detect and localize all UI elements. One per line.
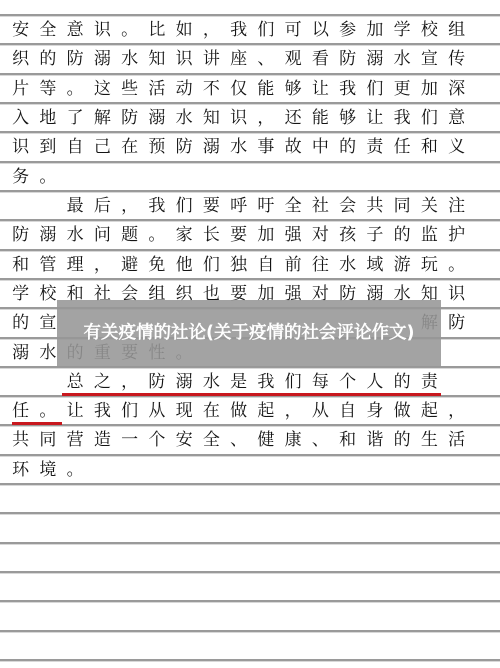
char-cell: 自 xyxy=(252,251,279,280)
char-cell: 故 xyxy=(280,133,307,162)
char-cell: 我 xyxy=(89,397,116,426)
text-row xyxy=(7,602,487,631)
text-row: 环境。 xyxy=(7,456,487,485)
char-cell: 、 xyxy=(307,426,334,455)
char-cell: 到 xyxy=(34,133,61,162)
char-cell: 全 xyxy=(280,192,307,221)
char-cell: ， xyxy=(89,251,116,280)
char-cell: 任 xyxy=(389,133,416,162)
char-cell: 义 xyxy=(443,133,470,162)
char-cell: 组 xyxy=(443,16,470,45)
char-cell: 能 xyxy=(252,75,279,104)
char-cell: 加 xyxy=(416,75,443,104)
char-cell: 全 xyxy=(34,16,61,45)
char-cell: 、 xyxy=(225,426,252,455)
char-cell: 造 xyxy=(89,426,116,455)
char-cell: 会 xyxy=(334,192,361,221)
red-underline xyxy=(62,393,441,396)
char-cell: 水 xyxy=(171,104,198,133)
char-cell: 起 xyxy=(252,397,279,426)
char-cell: 深 xyxy=(443,75,470,104)
char-cell: 的 xyxy=(34,45,61,74)
char-cell: 让 xyxy=(307,75,334,104)
char-cell: 玩 xyxy=(416,251,443,280)
char-cell: 防 xyxy=(116,104,143,133)
text-row: 安全意识。比如，我们可以参加学校组 xyxy=(7,16,487,45)
char-cell: 从 xyxy=(307,397,334,426)
char-cell: 还 xyxy=(280,104,307,133)
char-cell: 比 xyxy=(143,16,170,45)
char-cell: 我 xyxy=(334,75,361,104)
char-cell: 如 xyxy=(171,16,198,45)
char-cell: 独 xyxy=(225,251,252,280)
char-cell: 们 xyxy=(416,104,443,133)
char-cell: 自 xyxy=(62,133,89,162)
char-cell: 关 xyxy=(416,192,443,221)
char-cell: ， xyxy=(252,104,279,133)
text-row: 识到自己在预防溺水事故中的责任和义 xyxy=(7,133,487,162)
char-cell: 们 xyxy=(361,75,388,104)
char-cell: 现 xyxy=(171,397,198,426)
char-cell: 溺 xyxy=(361,45,388,74)
char-cell: 。 xyxy=(143,221,170,250)
char-cell: 共 xyxy=(361,192,388,221)
char-cell: 家 xyxy=(171,221,198,250)
char-cell: 共 xyxy=(7,426,34,455)
text-row: 片等。这些活动不仅能够让我们更加深 xyxy=(7,75,487,104)
char-cell: 够 xyxy=(334,104,361,133)
char-cell: 意 xyxy=(62,16,89,45)
char-cell: 的 xyxy=(7,309,34,338)
char-cell: 一 xyxy=(116,426,143,455)
text-row: 防溺水问题。家长要加强对孩子的监护 xyxy=(7,221,487,250)
char-cell: 传 xyxy=(443,45,470,74)
char-cell: 溺 xyxy=(34,221,61,250)
char-cell: 谐 xyxy=(361,426,388,455)
char-cell: 我 xyxy=(225,16,252,45)
char-cell: 对 xyxy=(307,221,334,250)
char-cell: 讲 xyxy=(198,45,225,74)
char-cell: 溺 xyxy=(7,339,34,368)
char-cell: 不 xyxy=(198,75,225,104)
char-cell: 务 xyxy=(7,163,34,192)
char-cell: 往 xyxy=(307,251,334,280)
char-cell: 入 xyxy=(7,104,34,133)
char-cell: 知 xyxy=(143,45,170,74)
char-cell: 己 xyxy=(89,133,116,162)
text-row xyxy=(7,514,487,543)
char-cell: 长 xyxy=(198,221,225,250)
char-cell: 免 xyxy=(143,251,170,280)
char-cell: 的 xyxy=(389,426,416,455)
char-cell: 们 xyxy=(198,251,225,280)
char-cell: 自 xyxy=(334,397,361,426)
char-cell: 安 xyxy=(171,426,198,455)
char-cell: 做 xyxy=(389,397,416,426)
char-cell: 我 xyxy=(389,104,416,133)
char-cell: 地 xyxy=(34,104,61,133)
char-cell: 些 xyxy=(116,75,143,104)
article-title[interactable]: 有关疫情的社论(关于疫情的社会评论作文) xyxy=(59,321,439,346)
char-cell: 最 xyxy=(62,192,89,221)
char-cell: 、 xyxy=(252,45,279,74)
char-cell: 学 xyxy=(7,280,34,309)
text-row xyxy=(7,485,487,514)
char-cell: 责 xyxy=(361,133,388,162)
char-cell: 他 xyxy=(171,251,198,280)
red-underline xyxy=(12,422,62,425)
char-cell: 强 xyxy=(280,221,307,250)
char-cell: 识 xyxy=(89,16,116,45)
char-cell: 呼 xyxy=(225,192,252,221)
char-cell: 们 xyxy=(252,16,279,45)
char-cell: 监 xyxy=(416,221,443,250)
char-cell: 吁 xyxy=(252,192,279,221)
char-cell: 要 xyxy=(198,192,225,221)
char-cell: 后 xyxy=(89,192,116,221)
char-cell: 防 xyxy=(7,221,34,250)
char-cell: 安 xyxy=(7,16,34,45)
char-cell: 以 xyxy=(307,16,334,45)
title-overlay-banner[interactable]: 有关疫情的社论(关于疫情的社会评论作文) xyxy=(57,300,441,367)
char-cell: 域 xyxy=(361,251,388,280)
text-row xyxy=(7,573,487,602)
text-row: 织的防溺水知识讲座、观看防溺水宣传 xyxy=(7,45,487,74)
char-cell: 事 xyxy=(252,133,279,162)
char-cell: 。 xyxy=(62,456,89,485)
char-cell: 注 xyxy=(443,192,470,221)
char-cell: 理 xyxy=(62,251,89,280)
char-cell: 溺 xyxy=(198,133,225,162)
text-row: 最后，我们要呼吁全社会共同关注 xyxy=(7,192,487,221)
char-cell: ， xyxy=(443,397,470,426)
char-cell: 能 xyxy=(307,104,334,133)
char-cell: 防 xyxy=(171,133,198,162)
char-cell: 座 xyxy=(225,45,252,74)
char-cell: 防 xyxy=(62,45,89,74)
char-cell: 水 xyxy=(225,133,252,162)
char-cell: 境 xyxy=(34,456,61,485)
char-cell: 全 xyxy=(198,426,225,455)
char-cell: 让 xyxy=(62,397,89,426)
char-cell: 子 xyxy=(361,221,388,250)
char-cell: 预 xyxy=(143,133,170,162)
char-cell: 水 xyxy=(389,45,416,74)
char-cell: 前 xyxy=(280,251,307,280)
char-cell: 加 xyxy=(361,16,388,45)
char-cell: 做 xyxy=(225,397,252,426)
char-cell: 们 xyxy=(171,192,198,221)
char-cell: 防 xyxy=(334,45,361,74)
char-cell: 了 xyxy=(62,104,89,133)
char-cell: 题 xyxy=(116,221,143,250)
char-cell: 康 xyxy=(280,426,307,455)
char-cell: 识 xyxy=(443,280,470,309)
char-cell: 片 xyxy=(7,75,34,104)
char-cell: 的 xyxy=(334,133,361,162)
char-cell: 。 xyxy=(34,163,61,192)
char-cell: 让 xyxy=(361,104,388,133)
char-cell: 和 xyxy=(7,251,34,280)
char-cell: 同 xyxy=(34,426,61,455)
char-cell: 防 xyxy=(443,309,470,338)
text-row: 务。 xyxy=(7,163,487,192)
char-cell: 管 xyxy=(34,251,61,280)
char-cell: 中 xyxy=(307,133,334,162)
char-cell: 生 xyxy=(416,426,443,455)
text-row: 共同营造一个安全、健康、和谐的生活 xyxy=(7,426,487,455)
char-cell: 校 xyxy=(416,16,443,45)
char-cell: 知 xyxy=(198,104,225,133)
text-row: 和管理，避免他们独自前往水域游玩。 xyxy=(7,251,487,280)
char-cell: 这 xyxy=(89,75,116,104)
char-cell: 够 xyxy=(280,75,307,104)
char-cell: 健 xyxy=(252,426,279,455)
char-cell: 在 xyxy=(116,133,143,162)
char-cell: 个 xyxy=(143,426,170,455)
char-cell: 孩 xyxy=(334,221,361,250)
char-cell: 溺 xyxy=(89,45,116,74)
char-cell: 解 xyxy=(89,104,116,133)
char-cell: 。 xyxy=(116,16,143,45)
char-cell: 们 xyxy=(116,397,143,426)
char-cell: 在 xyxy=(198,397,225,426)
char-cell: 游 xyxy=(389,251,416,280)
char-cell: 加 xyxy=(252,221,279,250)
char-cell: 要 xyxy=(225,221,252,250)
char-cell: 我 xyxy=(143,192,170,221)
char-cell: 起 xyxy=(416,397,443,426)
char-cell: 活 xyxy=(443,426,470,455)
char-cell: 护 xyxy=(443,221,470,250)
char-cell: 从 xyxy=(143,397,170,426)
char-cell: 社 xyxy=(307,192,334,221)
char-cell: 溺 xyxy=(143,104,170,133)
char-cell: 参 xyxy=(334,16,361,45)
char-cell: 身 xyxy=(361,397,388,426)
char-cell: 织 xyxy=(7,45,34,74)
char-cell: 仅 xyxy=(225,75,252,104)
char-cell: 。 xyxy=(443,251,470,280)
char-cell: 同 xyxy=(389,192,416,221)
text-row: 入地了解防溺水知识，还能够让我们意 xyxy=(7,104,487,133)
char-cell: 和 xyxy=(416,133,443,162)
char-cell: 宣 xyxy=(416,45,443,74)
char-cell: 动 xyxy=(171,75,198,104)
char-cell: ， xyxy=(198,16,225,45)
char-cell: 水 xyxy=(62,221,89,250)
char-cell: ， xyxy=(280,397,307,426)
char-cell: 识 xyxy=(7,133,34,162)
char-cell: 识 xyxy=(171,45,198,74)
char-cell: 识 xyxy=(225,104,252,133)
char-cell: 看 xyxy=(307,45,334,74)
char-cell: 可 xyxy=(280,16,307,45)
char-cell: 营 xyxy=(62,426,89,455)
char-cell: 水 xyxy=(334,251,361,280)
char-cell: 等 xyxy=(34,75,61,104)
char-cell: 活 xyxy=(143,75,170,104)
char-cell: 环 xyxy=(7,456,34,485)
char-cell: 意 xyxy=(443,104,470,133)
char-cell: 更 xyxy=(389,75,416,104)
char-cell: 学 xyxy=(389,16,416,45)
char-cell: 问 xyxy=(89,221,116,250)
text-row xyxy=(7,544,487,573)
char-cell: 观 xyxy=(280,45,307,74)
char-cell: 水 xyxy=(116,45,143,74)
char-cell: ， xyxy=(116,192,143,221)
char-cell: 。 xyxy=(62,75,89,104)
char-cell: 避 xyxy=(116,251,143,280)
char-cell: 的 xyxy=(389,221,416,250)
text-row: 任。让我们从现在做起，从自身做起， xyxy=(7,397,487,426)
char-cell: 和 xyxy=(334,426,361,455)
text-row xyxy=(7,632,487,661)
